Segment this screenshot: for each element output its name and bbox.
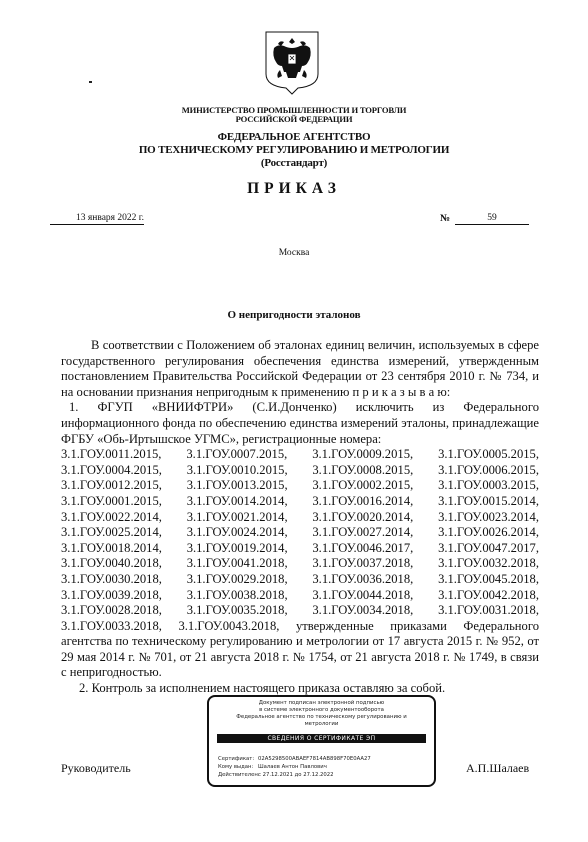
- registration-number: 3.1.ГОУ.0030.2018,: [61, 572, 162, 586]
- registration-number: 3.1.ГОУ.0039.2018,: [61, 588, 162, 602]
- registration-number: 3.1.ГОУ.0040.2018,: [61, 556, 162, 570]
- registration-number: 3.1.ГОУ.0046.2017,: [312, 541, 413, 555]
- registration-number: 3.1.ГОУ.0003.2015,: [438, 478, 539, 492]
- registration-number: 3.1.ГОУ.0013.2015,: [187, 478, 288, 492]
- stamp-header-line: в системе электронного документооборота: [209, 707, 434, 714]
- registration-number: 3.1.ГОУ.0019.2014,: [187, 541, 288, 555]
- stamp-row-validity: Действителен:с 27.12.2021 до 27.12.2022: [218, 771, 371, 779]
- registration-numbers-line: 3.1.ГОУ.0018.2014, 3.1.ГОУ.0019.2014, 3.…: [61, 541, 539, 557]
- stamp-header-line: Документ подписан электронной подписью: [209, 700, 434, 707]
- registration-number: 3.1.ГОУ.0002.2015,: [312, 478, 413, 492]
- registration-numbers-line: 3.1.ГОУ.0004.2015, 3.1.ГОУ.0010.2015, 3.…: [61, 463, 539, 479]
- stamp-key: Действителен:: [218, 771, 258, 779]
- registration-numbers-line: 3.1.ГОУ.0022.2014, 3.1.ГОУ.0021.2014, 3.…: [61, 510, 539, 526]
- registration-number: 3.1.ГОУ.0001.2015,: [61, 494, 162, 508]
- registration-number: 3.1.ГОУ.0042.2018,: [438, 588, 539, 602]
- stamp-title: СВЕДЕНИЯ О СЕРТИФИКАТЕ ЭП: [217, 734, 426, 743]
- stamp-value: Шалаев Антон Павлович: [258, 764, 327, 770]
- registration-numbers-line: 3.1.ГОУ.0040.2018, 3.1.ГОУ.0041.2018, 3.…: [61, 556, 539, 572]
- stamp-header-line: Федеральное агентство по техническому ре…: [209, 714, 434, 721]
- registration-numbers-line: 3.1.ГОУ.0011.2015, 3.1.ГОУ.0007.2015, 3.…: [61, 447, 539, 463]
- registration-number: 3.1.ГОУ.0016.2014,: [312, 494, 413, 508]
- document-type: ПРИКАЗ: [0, 180, 588, 198]
- registration-number: 3.1.ГОУ.0018.2014,: [61, 541, 162, 555]
- registration-number: 3.1.ГОУ.0045.2018,: [438, 572, 539, 586]
- registration-number: 3.1.ГОУ.0038.2018,: [187, 588, 288, 602]
- signer-name: А.П.Шалаев: [466, 761, 529, 776]
- order-number-label: №: [440, 213, 450, 224]
- registration-number: 3.1.ГОУ.0007.2015,: [186, 447, 287, 461]
- registration-numbers-line: 3.1.ГОУ.0030.2018, 3.1.ГОУ.0029.2018, 3.…: [61, 572, 539, 588]
- registration-numbers-line: 3.1.ГОУ.0028.2018, 3.1.ГОУ.0035.2018, 3.…: [61, 603, 539, 619]
- stamp-details: Сертификат:02A5298500ABAEF7814AB898F70E0…: [218, 755, 371, 779]
- registration-number: 3.1.ГОУ.0029.2018,: [187, 572, 288, 586]
- stamp-header: Документ подписан электронной подписью в…: [209, 700, 434, 728]
- scan-mark: [89, 81, 92, 83]
- registration-number: 3.1.ГОУ.0020.2014,: [312, 510, 413, 524]
- electronic-signature-stamp: Документ подписан электронной подписью в…: [207, 695, 436, 787]
- registration-number: 3.1.ГОУ.0035.2018,: [187, 603, 288, 617]
- russian-coat-of-arms-icon: [264, 30, 320, 96]
- registration-numbers-line: 3.1.ГОУ.0012.2015, 3.1.ГОУ.0013.2015, 3.…: [61, 478, 539, 494]
- stamp-row-owner: Кому выдан:Шалаев Антон Павлович: [218, 763, 371, 771]
- signer-title: Руководитель: [61, 761, 131, 776]
- registration-number: 3.1.ГОУ.0004.2015,: [61, 463, 162, 477]
- registration-number: 3.1.ГОУ.0014.2014,: [187, 494, 288, 508]
- registration-number: 3.1.ГОУ.0023.2014,: [438, 510, 539, 524]
- registration-number: 3.1.ГОУ.0031.2018,: [438, 603, 539, 617]
- order-number: 59: [455, 213, 529, 225]
- registration-number: 3.1.ГОУ.0036.2018,: [312, 572, 413, 586]
- registration-number: 3.1.ГОУ.0047.2017,: [438, 541, 539, 555]
- registration-number: 3.1.ГОУ.0006.2015,: [438, 463, 539, 477]
- item-1-intro: 1. ФГУП «ВНИИФТРИ» (С.И.Донченко) исключ…: [61, 400, 539, 447]
- stamp-row-certificate: Сертификат:02A5298500ABAEF7814AB898F70E0…: [218, 755, 371, 763]
- registration-number: 3.1.ГОУ.0008.2015,: [312, 463, 413, 477]
- stamp-value: 02A5298500ABAEF7814AB898F70E0AA27: [258, 756, 371, 762]
- registration-number: 3.1.ГОУ.0024.2014,: [187, 525, 288, 539]
- registration-number: 3.1.ГОУ.0044.2018,: [312, 588, 413, 602]
- item-1-tail: 3.1.ГОУ.0033.2018, 3.1.ГОУ.0043.2018, ут…: [61, 619, 539, 681]
- preamble: В соответствии с Положением об эталонах …: [61, 338, 539, 400]
- registration-number: 3.1.ГОУ.0041.2018,: [187, 556, 288, 570]
- registration-number: 3.1.ГОУ.0037.2018,: [312, 556, 413, 570]
- registration-number: 3.1.ГОУ.0032.2018,: [438, 556, 539, 570]
- agency-name: ФЕДЕРАЛЬНОЕ АГЕНТСТВО ПО ТЕХНИЧЕСКОМУ РЕ…: [0, 131, 588, 170]
- stamp-value: с 27.12.2021 до 27.12.2022: [258, 772, 334, 778]
- registration-number: 3.1.ГОУ.0005.2015,: [438, 447, 539, 461]
- agency-line-1: ФЕДЕРАЛЬНОЕ АГЕНТСТВО: [0, 131, 588, 144]
- registration-number: 3.1.ГОУ.0022.2014,: [61, 510, 162, 524]
- stamp-key: Кому выдан:: [218, 763, 258, 771]
- registration-number: 3.1.ГОУ.0034.2018,: [312, 603, 413, 617]
- registration-number: 3.1.ГОУ.0026.2014,: [438, 525, 539, 539]
- order-subject: О непригодности эталонов: [0, 309, 588, 321]
- ministry-name: МИНИСТЕРСТВО ПРОМЫШЛЕННОСТИ И ТОРГОВЛИ Р…: [0, 106, 588, 124]
- registration-number: 3.1.ГОУ.0027.2014,: [312, 525, 413, 539]
- order-date: 13 января 2022 г.: [50, 213, 144, 225]
- registration-number: 3.1.ГОУ.0025.2014,: [61, 525, 162, 539]
- registration-numbers-line: 3.1.ГОУ.0001.2015, 3.1.ГОУ.0014.2014, 3.…: [61, 494, 539, 510]
- registration-number: 3.1.ГОУ.0015.2014,: [438, 494, 539, 508]
- stamp-key: Сертификат:: [218, 755, 258, 763]
- registration-numbers: 3.1.ГОУ.0011.2015, 3.1.ГОУ.0007.2015, 3.…: [61, 447, 539, 619]
- agency-line-3: (Росстандарт): [0, 157, 588, 170]
- order-body: В соответствии с Положением об эталонах …: [61, 338, 539, 697]
- registration-numbers-line: 3.1.ГОУ.0039.2018, 3.1.ГОУ.0038.2018, 3.…: [61, 588, 539, 604]
- registration-numbers-line: 3.1.ГОУ.0025.2014, 3.1.ГОУ.0024.2014, 3.…: [61, 525, 539, 541]
- ministry-line-2: РОССИЙСКОЙ ФЕДЕРАЦИИ: [0, 115, 588, 124]
- registration-number: 3.1.ГОУ.0011.2015,: [61, 447, 161, 461]
- registration-number: 3.1.ГОУ.0010.2015,: [187, 463, 288, 477]
- city: Москва: [0, 248, 588, 258]
- registration-number: 3.1.ГОУ.0028.2018,: [61, 603, 162, 617]
- registration-number: 3.1.ГОУ.0009.2015,: [312, 447, 413, 461]
- registration-number: 3.1.ГОУ.0012.2015,: [61, 478, 162, 492]
- agency-line-2: ПО ТЕХНИЧЕСКОМУ РЕГУЛИРОВАНИЮ И МЕТРОЛОГ…: [0, 144, 588, 157]
- stamp-header-line: метрологии: [209, 721, 434, 728]
- registration-number: 3.1.ГОУ.0021.2014,: [187, 510, 288, 524]
